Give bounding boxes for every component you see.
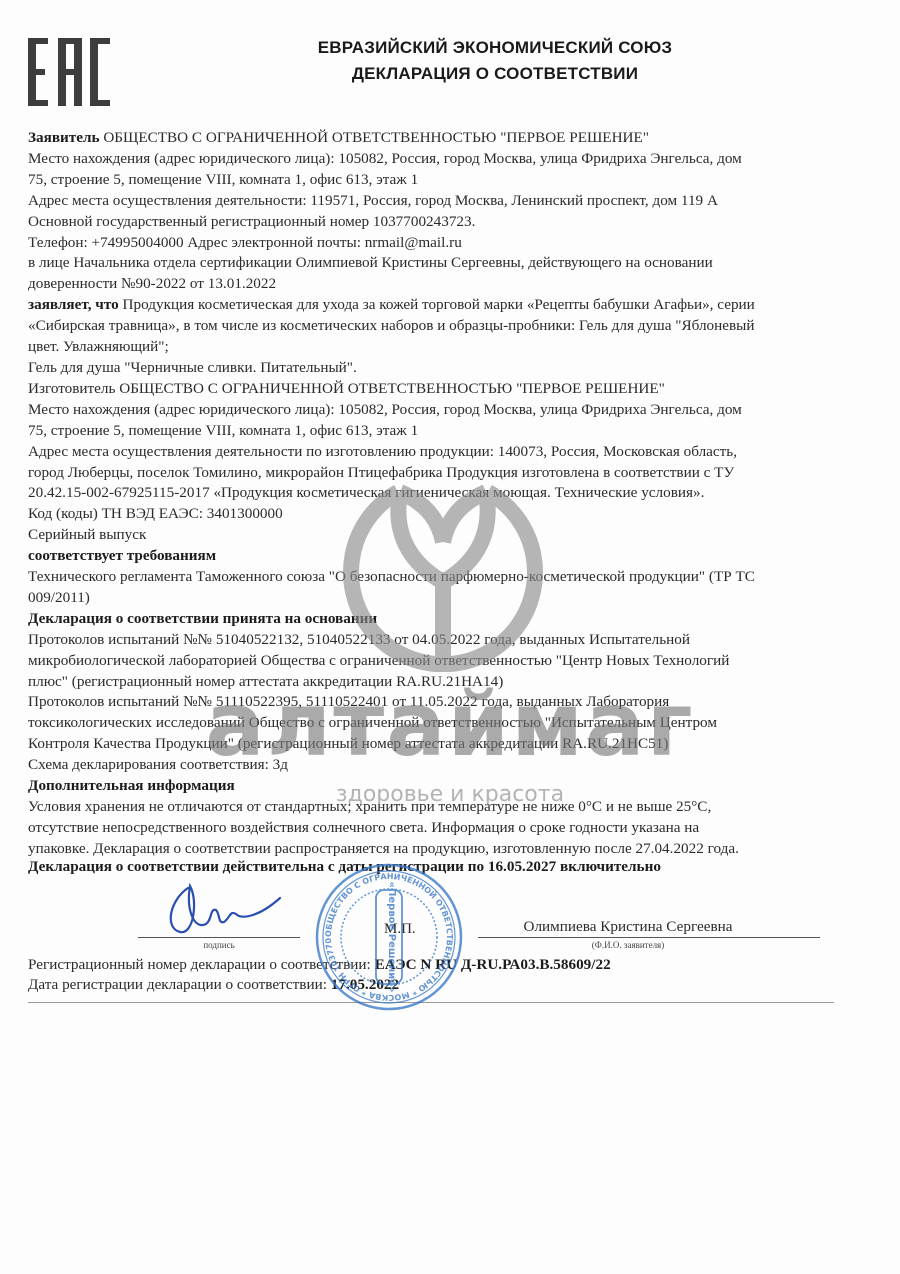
product-line-3: цвет. Увлажняющий"; <box>28 337 878 358</box>
tn-ved-code: Код (коды) ТН ВЭД ЕАЭС: 3401300000 <box>28 504 878 525</box>
product-line-2: «Сибирская травница», в том числе из кос… <box>28 316 878 337</box>
signature-icon <box>150 880 290 940</box>
manufacturer-line-1: Изготовитель ОБЩЕСТВО С ОГРАНИЧЕННОЙ ОТВ… <box>28 379 878 400</box>
signature-line <box>138 937 300 938</box>
release-type: Серийный выпуск <box>28 525 878 546</box>
additional-info-line-3: упаковке. Декларация о соответствии расп… <box>28 839 878 860</box>
signature-caption: подпись <box>138 940 300 950</box>
eac-logo-icon <box>26 36 114 108</box>
stamp-ring-text: ОБЩЕСТВО С ОГРАНИЧЕННОЙ ОТВЕТСТВЕННОСТЬЮ… <box>314 862 454 1002</box>
basis-line-5: токсикологических исследований Общество … <box>28 713 878 734</box>
basis-line-2: микробиологической лабораторией Общества… <box>28 651 878 672</box>
basis-label: Декларация о соответствии принята на осн… <box>28 609 878 630</box>
manufacturer-line-3: 75, строение 5, помещение VIII, комната … <box>28 421 878 442</box>
product-line-1: Продукция косметическая для ухода за кож… <box>119 296 755 313</box>
manufacturer-line-5: город Люберцы, поселок Томилино, микрора… <box>28 463 878 484</box>
manufacturer-line-4: Адрес места осуществления деятельности п… <box>28 442 878 463</box>
representative-line-1: в лице Начальника отдела сертификации Ол… <box>28 253 878 274</box>
manufacturer-line-6: 20.42.15-002-67925115-2017 «Продукция ко… <box>28 483 878 504</box>
union-title: ЕВРАЗИЙСКИЙ ЭКОНОМИЧЕСКИЙ СОЮЗ <box>180 38 810 58</box>
declares-line: заявляет, что Продукция косметическая дл… <box>28 295 878 316</box>
registration-date-label: Дата регистрации декларации о соответств… <box>28 976 331 993</box>
document-title: ДЕКЛАРАЦИЯ О СООТВЕТСТВИИ <box>180 64 810 84</box>
requirements-label: соответствует требованиям <box>28 546 878 567</box>
requirements-line-1: Технического регламента Таможенного союз… <box>28 567 878 588</box>
applicant-legal-address-1: Место нахождения (адрес юридического лиц… <box>28 149 878 170</box>
product-line-4: Гель для душа "Черничные сливки. Питател… <box>28 358 878 379</box>
declares-label: заявляет, что <box>28 296 119 313</box>
name-line <box>478 937 820 938</box>
applicant-contacts: Телефон: +74995004000 Адрес электронной … <box>28 233 878 254</box>
basis-line-4: Протоколов испытаний №№ 51110522395, 511… <box>28 692 878 713</box>
additional-info-label: Дополнительная информация <box>28 776 878 797</box>
basis-line-6: Контроля Качества Продукции" (регистраци… <box>28 734 878 755</box>
applicant-label: Заявитель <box>28 129 100 146</box>
additional-info-line-2: отсутствие непосредственного воздействия… <box>28 818 878 839</box>
manufacturer-line-2: Место нахождения (адрес юридического лиц… <box>28 400 878 421</box>
applicant-ogrn: Основной государственный регистрационный… <box>28 212 878 233</box>
company-stamp-icon: ОБЩЕСТВО С ОГРАНИЧЕННОЙ ОТВЕТСТВЕННОСТЬЮ… <box>314 862 464 1012</box>
applicant-legal-address-2: 75, строение 5, помещение VIII, комната … <box>28 170 878 191</box>
applicant-line: Заявитель ОБЩЕСТВО С ОГРАНИЧЕННОЙ ОТВЕТС… <box>28 128 878 149</box>
signatory-name: Олимпиева Кристина Сергеевна <box>478 918 778 936</box>
svg-text:ОБЩЕСТВО С ОГРАНИЧЕННОЙ ОТВЕТС: ОБЩЕСТВО С ОГРАНИЧЕННОЙ ОТВЕТСТВЕННОСТЬЮ… <box>314 862 454 1002</box>
name-caption: (Ф.И.О. заявителя) <box>478 940 778 950</box>
basis-line-3: плюс" (регистрационный номер аттестата а… <box>28 672 878 693</box>
declaration-body: Заявитель ОБЩЕСТВО С ОГРАНИЧЕННОЙ ОТВЕТС… <box>28 128 878 860</box>
basis-line-1: Протоколов испытаний №№ 51040522132, 510… <box>28 630 878 651</box>
additional-info-line-1: Условия хранения не отличаются от станда… <box>28 797 878 818</box>
representative-line-2: доверенности №90-2022 от 13.01.2022 <box>28 274 878 295</box>
applicant-activity-address: Адрес места осуществления деятельности: … <box>28 191 878 212</box>
declaration-document: ЕВРАЗИЙСКИЙ ЭКОНОМИЧЕСКИЙ СОЮЗ ДЕКЛАРАЦИ… <box>0 0 900 1274</box>
stamp-center-text: «Первое Решение» <box>386 882 397 993</box>
requirements-line-2: 009/2011) <box>28 588 878 609</box>
declaration-scheme: Схема декларирования соответствия: 3д <box>28 755 878 776</box>
applicant-name: ОБЩЕСТВО С ОГРАНИЧЕННОЙ ОТВЕТСТВЕННОСТЬЮ… <box>100 129 649 146</box>
